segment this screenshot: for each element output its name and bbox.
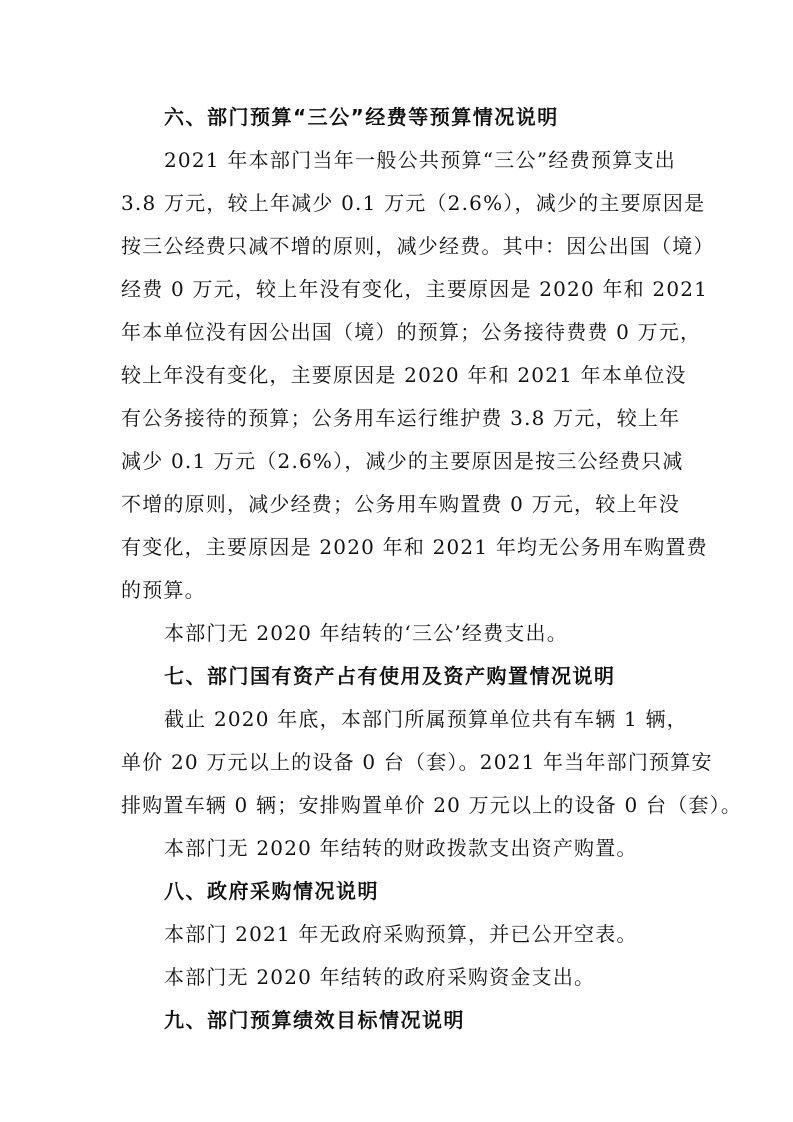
paragraph-line: 2021 年本部门当年一般公共预算“三公”经费预算支出 [164,145,676,175]
paragraph-line: 年本单位没有因公出国（境）的预算；公务接待费费 0 万元， [121,317,676,347]
paragraph-line: 3.8 万元，较上年减少 0.1 万元（2.6%），减少的主要原因是 [121,188,676,218]
paragraph-line: 有变化，主要原因是 2020 年和 2021 年均无公务用车购置费 [121,532,676,562]
paragraph-line: 减少 0.1 万元（2.6%），减少的主要原因是按三公经费只减 [121,446,676,476]
paragraph-line: 不增的原则，减少经费；公务用车购置费 0 万元，较上年没 [121,489,676,519]
paragraph-line: 本部门无 2020 年结转的财政拨款支出资产购置。 [164,833,676,863]
section-heading-7: 七、部门国有资产占有使用及资产购置情况说明 [164,661,676,691]
paragraph-line: 单价 20 万元以上的设备 0 台（套）。2021 年当年部门预算安 [121,747,676,777]
section-heading-8: 八、政府采购情况说明 [164,876,676,906]
paragraph-line: 截止 2020 年底，本部门所属预算单位共有车辆 1 辆， [164,704,676,734]
paragraph-line: 较上年没有变化，主要原因是 2020 年和 2021 年本单位没 [121,360,676,390]
paragraph-line: 经费 0 万元，较上年没有变化，主要原因是 2020 年和 2021 [121,274,676,304]
paragraph-line: 本部门无 2020 年结转的‘三公’经费支出。 [164,618,676,648]
paragraph-line: 的预算。 [121,575,676,605]
section-heading-6: 六、部门预算“三公”经费等预算情况说明 [164,102,676,132]
paragraph-line: 本部门无 2020 年结转的政府采购资金支出。 [164,962,676,992]
section-heading-9: 九、部门预算绩效目标情况说明 [164,1005,676,1035]
paragraph-line: 本部门 2021 年无政府采购预算，并已公开空表。 [164,919,676,949]
paragraph-line: 有公务接待的预算；公务用车运行维护费 3.8 万元，较上年 [121,403,676,433]
paragraph-line: 排购置车辆 0 辆；安排购置单价 20 万元以上的设备 0 台（套）。 [121,790,676,820]
paragraph-line: 按三公经费只减不增的原则，减少经费。其中：因公出国（境） [121,231,676,261]
document-page: 六、部门预算“三公”经费等预算情况说明 2021 年本部门当年一般公共预算“三公… [0,0,793,1122]
